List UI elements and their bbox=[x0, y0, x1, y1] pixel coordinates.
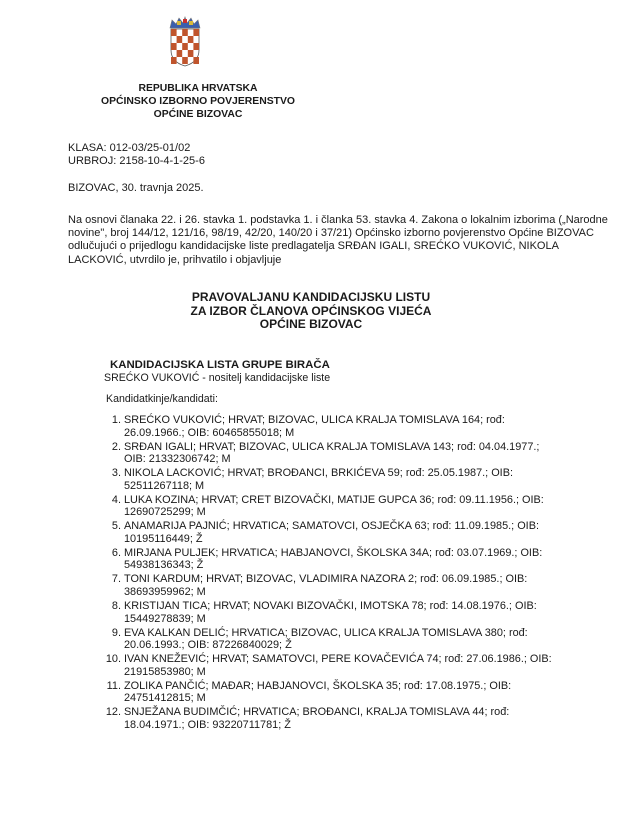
candidate-item: 1.SREĆKO VUKOVIĆ; HRVAT; BIZOVAC, ULICA … bbox=[0, 414, 564, 439]
header-line-municipality: OPĆINE BIZOVAC bbox=[66, 108, 330, 121]
candidate-number: 3. bbox=[112, 467, 121, 480]
title-line-3: OPĆINE BIZOVAC bbox=[150, 318, 472, 332]
candidate-item: 11.ZOLIKA PANČIĆ; MAĐAR; HABJANOVCI, ŠKO… bbox=[0, 680, 564, 705]
candidate-details: SREĆKO VUKOVIĆ; HRVAT; BIZOVAC, ULICA KR… bbox=[124, 414, 505, 439]
candidate-details: IVAN KNEŽEVIĆ; HRVAT; SAMATOVCI, PERE KO… bbox=[124, 653, 552, 678]
candidate-number: 5. bbox=[112, 520, 121, 533]
candidate-item: 10.IVAN KNEŽEVIĆ; HRVAT; SAMATOVCI, PERE… bbox=[0, 653, 564, 678]
preamble-paragraph: Na osnovi članaka 22. i 26. stavka 1. po… bbox=[68, 214, 618, 267]
title-line-1: PRAVOVALJANU KANDIDACIJSKU LISTU bbox=[150, 291, 472, 305]
candidate-item: 8.KRISTIJAN TICA; HRVAT; NOVAKI BIZOVAČK… bbox=[0, 600, 564, 625]
candidate-number: 6. bbox=[112, 547, 121, 560]
candidate-number: 12. bbox=[106, 706, 121, 719]
candidate-item: 5.ANAMARIJA PAJNIĆ; HRVATICA; SAMATOVCI,… bbox=[0, 520, 564, 545]
candidate-number: 7. bbox=[112, 573, 121, 586]
title-line-2: ZA IZBOR ČLANOVA OPĆINSKOG VIJEĆA bbox=[150, 305, 472, 319]
candidate-item: 12.SNJEŽANA BUDIMČIĆ; HRVATICA; BROĐANCI… bbox=[0, 706, 564, 731]
candidate-details: LUKA KOZINA; HRVAT; CRET BIZOVAČKI, MATI… bbox=[124, 494, 544, 519]
candidate-details: EVA KALKAN DELIĆ; HRVATICA; BIZOVAC, ULI… bbox=[124, 627, 528, 652]
document-title: PRAVOVALJANU KANDIDACIJSKU LISTU ZA IZBO… bbox=[150, 291, 472, 332]
candidate-details: NIKOLA LACKOVIĆ; HRVAT; BROĐANCI, BRKIĆE… bbox=[124, 467, 513, 492]
candidate-details: TONI KARDUM; HRVAT; BIZOVAC, VLADIMIRA N… bbox=[124, 573, 527, 598]
list-holder: SREĆKO VUKOVIĆ - nositelj kandidacijske … bbox=[104, 372, 330, 384]
candidate-item: 6.MIRJANA PULJEK; HRVATICA; HABJANOVCI, … bbox=[0, 547, 564, 572]
candidates-label: Kandidatkinje/kandidati: bbox=[106, 393, 218, 405]
candidate-item: 2.SRĐAN IGALI; HRVAT; BIZOVAC, ULICA KRA… bbox=[0, 441, 564, 466]
place-date: BIZOVAC, 30. travnja 2025. bbox=[68, 182, 204, 194]
header-line-country: REPUBLIKA HRVATSKA bbox=[66, 82, 330, 95]
candidate-item: 9.EVA KALKAN DELIĆ; HRVATICA; BIZOVAC, U… bbox=[0, 627, 564, 652]
candidate-number: 4. bbox=[112, 494, 121, 507]
candidate-details: KRISTIJAN TICA; HRVAT; NOVAKI BIZOVAČKI,… bbox=[124, 600, 537, 625]
urbroj: URBROJ: 2158-10-4-1-25-6 bbox=[68, 155, 205, 168]
candidate-number: 11. bbox=[107, 680, 121, 693]
issuer-header: REPUBLIKA HRVATSKA OPĆINSKO IZBORNO POVJ… bbox=[66, 82, 330, 121]
candidate-number: 8. bbox=[112, 600, 121, 613]
candidate-number: 1. bbox=[112, 414, 121, 427]
candidate-number: 9. bbox=[112, 627, 121, 640]
candidate-details: SRĐAN IGALI; HRVAT; BIZOVAC, ULICA KRALJ… bbox=[124, 441, 539, 466]
candidate-number: 10. bbox=[106, 653, 121, 666]
header-line-commission: OPĆINSKO IZBORNO POVJERENSTVO bbox=[66, 95, 330, 108]
croatian-coat-of-arms-icon bbox=[166, 16, 204, 68]
candidate-details: ANAMARIJA PAJNIĆ; HRVATICA; SAMATOVCI, O… bbox=[124, 520, 539, 545]
candidate-item: 4.LUKA KOZINA; HRVAT; CRET BIZOVAČKI, MA… bbox=[0, 494, 564, 519]
candidate-details: MIRJANA PULJEK; HRVATICA; HABJANOVCI, ŠK… bbox=[124, 547, 542, 572]
candidate-item: 7.TONI KARDUM; HRVAT; BIZOVAC, VLADIMIRA… bbox=[0, 573, 564, 598]
klasa: KLASA: 012-03/25-01/02 bbox=[68, 142, 205, 155]
list-title: KANDIDACIJSKA LISTA GRUPE BIRAČA bbox=[110, 359, 330, 371]
candidate-details: ZOLIKA PANČIĆ; MAĐAR; HABJANOVCI, ŠKOLSK… bbox=[124, 680, 511, 705]
candidate-details: SNJEŽANA BUDIMČIĆ; HRVATICA; BROĐANCI, K… bbox=[124, 706, 509, 731]
candidate-number: 2. bbox=[112, 441, 121, 454]
document-reference: KLASA: 012-03/25-01/02 URBROJ: 2158-10-4… bbox=[68, 142, 205, 168]
candidate-item: 3.NIKOLA LACKOVIĆ; HRVAT; BROĐANCI, BRKI… bbox=[0, 467, 564, 492]
candidate-list: 1.SREĆKO VUKOVIĆ; HRVAT; BIZOVAC, ULICA … bbox=[0, 414, 624, 733]
